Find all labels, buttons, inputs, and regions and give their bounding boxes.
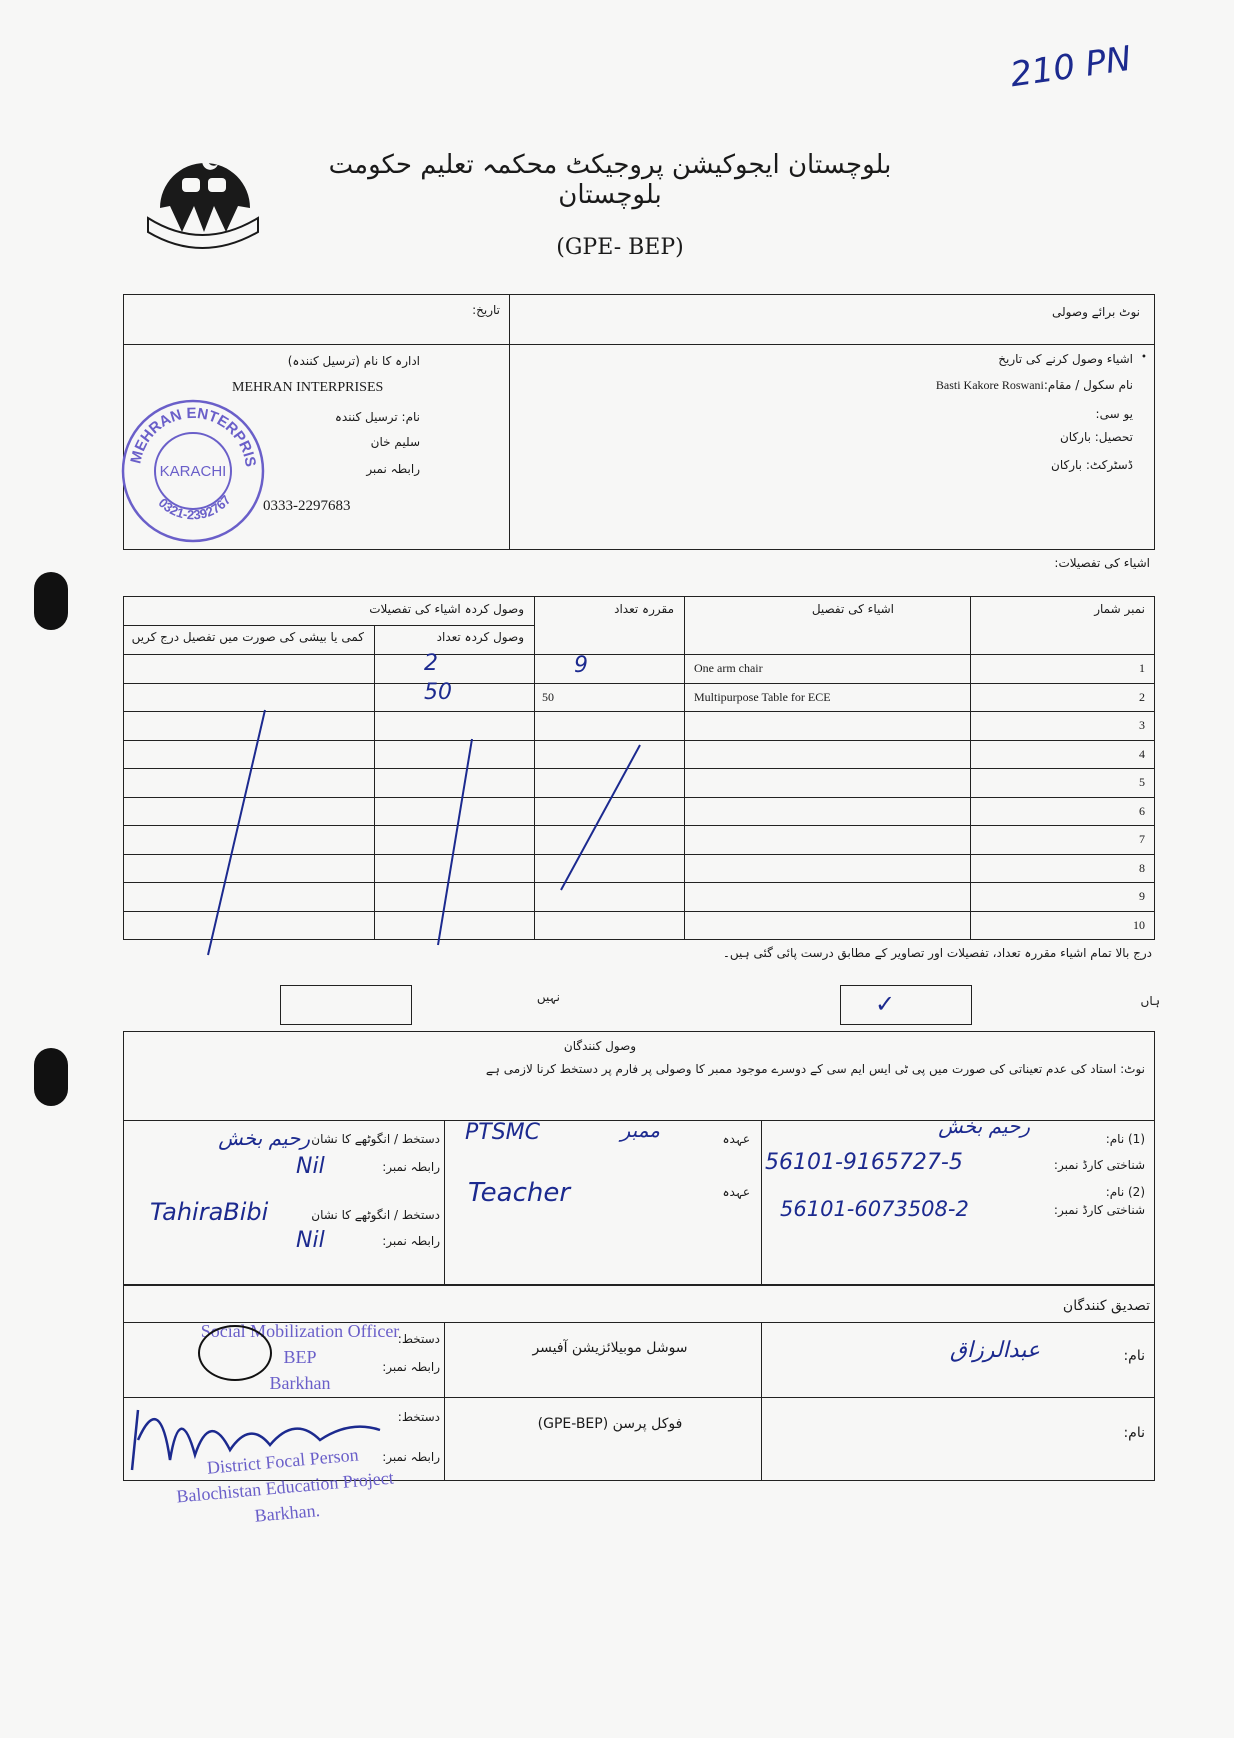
district-field: ڈسٹرکٹ: بارکان	[515, 458, 1133, 472]
table-rule	[123, 797, 1155, 798]
row-fixed-qty: 9	[574, 653, 634, 678]
supplier-name-value: سلیم خان	[300, 435, 420, 449]
header-fixed-qty: مقررہ تعداد	[538, 602, 674, 616]
tehsil-field: تحصیل: بارکان	[515, 430, 1133, 444]
bullet-dot: •	[1141, 352, 1147, 363]
svg-text:MEHRAN ENTERPRISES: MEHRAN ENTERPRISES	[118, 396, 259, 468]
company-stamp: MEHRAN ENTERPRISES 0321-2392767 KARACHI	[118, 396, 268, 546]
no-label: نہیں	[520, 990, 560, 1004]
svg-text:KARACHI: KARACHI	[160, 463, 227, 480]
sign2-value: TahiraBibi	[150, 1198, 268, 1226]
verifier1-name-value: عبدالرزاق	[880, 1338, 1040, 1363]
receivers-title: وصول کنندگان	[500, 1039, 700, 1053]
supplier-org-label: ادارہ کا نام (ترسیل کنندہ)	[130, 354, 420, 368]
row-serial: 5	[974, 775, 1145, 790]
items-section-label: اشیاء کی تفصیلات:	[900, 556, 1150, 570]
stamp-line: Barkhan	[150, 1370, 450, 1396]
contact2-label: رابطہ نمبر:	[340, 1234, 440, 1248]
row-received-qty: 2	[424, 651, 504, 676]
table-rule	[970, 596, 971, 940]
header-received-qty: وصول کردہ تعداد	[378, 630, 524, 644]
row-serial: 9	[974, 889, 1145, 904]
supplier-name-label: نام: ترسیل کنندہ	[300, 410, 420, 424]
no-checkbox[interactable]	[280, 985, 412, 1025]
contact1-label: رابطہ نمبر:	[340, 1160, 440, 1174]
verifier2-name-label: نام:	[1090, 1425, 1145, 1441]
project-code: (GPE- BEP)	[500, 235, 740, 260]
table-rule	[684, 596, 685, 940]
verifier1-name-label: نام:	[1090, 1348, 1145, 1364]
verifier2-role: فوکل پرسن (GPE-BEP)	[470, 1416, 750, 1432]
name1-value: رحیم بخش	[900, 1114, 1030, 1138]
signature-verifier2	[120, 1400, 400, 1480]
table-rule	[374, 625, 375, 940]
sign2-label: دستخط / انگوٹھے کا نشان	[310, 1208, 440, 1222]
table-rule	[123, 654, 1155, 655]
cnic2-label: شناختی کارڈ نمبر:	[980, 1203, 1145, 1217]
verifiers-title: تصدیق کنندگان	[900, 1298, 1150, 1314]
table-rule	[123, 882, 1155, 883]
school-field: نام سکول / مقام:Basti Kakore Roswani	[515, 378, 1133, 393]
page-title-urdu: بلوچستان ایجوکیشن پروجیکٹ محکمہ تعلیم حک…	[310, 150, 910, 210]
punch-hole	[34, 572, 68, 630]
signature-verifier1	[198, 1325, 272, 1381]
row-serial: 8	[974, 861, 1145, 876]
header-shortfall: کمی یا بیشی کی صورت میں تفصیل درج کریں	[127, 630, 364, 644]
receipt-note-label: نوٹ برائے وصولی	[515, 305, 1140, 319]
social-mobilization-stamp: Social Mobilization Officer BEP Barkhan	[150, 1318, 450, 1396]
designation1-value: PTSMC	[465, 1120, 540, 1145]
contact-label: رابطہ نمبر	[300, 462, 420, 476]
verifier1-role: سوشل موبیلائزیشن آفیسر	[470, 1340, 750, 1356]
yes-label: ہاں	[1140, 994, 1160, 1008]
punch-hole	[34, 1048, 68, 1106]
table-rule	[534, 596, 535, 940]
govt-emblem-logo	[142, 140, 264, 250]
row-serial: 10	[974, 918, 1145, 933]
row-received-qty: 50	[424, 680, 504, 705]
name1-label: (1) نام:	[1090, 1132, 1145, 1146]
row-serial: 4	[974, 747, 1145, 762]
designation1-extra: ممبر	[600, 1118, 660, 1142]
contact2-value: Nil	[296, 1228, 325, 1253]
designation2-label: عہدہ	[700, 1185, 750, 1199]
verification-statement: درج بالا تمام اشیاء مقررہ تعداد، تفصیلات…	[500, 946, 1152, 960]
table-rule	[123, 911, 1155, 912]
handwritten-annotation: 210 PN	[1008, 42, 1133, 93]
designation2-value: Teacher	[468, 1178, 570, 1208]
table-rule	[123, 683, 1155, 684]
supplier-org-value: MEHRAN INTERPRISES	[232, 380, 383, 396]
header-description: اشیاء کی تفصیل	[688, 602, 894, 616]
row-fixed-qty: 50	[542, 690, 642, 705]
table-rule	[123, 625, 534, 626]
row-serial: 3	[974, 718, 1145, 733]
sign1-label: دستخط / انگوٹھے کا نشان	[310, 1132, 440, 1146]
table-rule	[123, 768, 1155, 769]
school-label: نام سکول / مقام:	[1044, 378, 1133, 392]
receivers-note: نوٹ: استاد کی عدم تعیناتی کی صورت میں پی…	[400, 1062, 1145, 1076]
uc-label: یو سی:	[515, 407, 1133, 421]
stamp-line: BEP	[150, 1344, 450, 1370]
table-rule	[123, 711, 1155, 712]
date-label: تاریخ:	[130, 303, 500, 317]
header-received-details: وصول کردہ اشیاء کی تفصیلات	[127, 602, 524, 616]
row-serial: 7	[974, 832, 1145, 847]
yes-check-mark: ✓	[875, 990, 895, 1018]
school-value: Basti Kakore Roswani	[936, 378, 1044, 392]
table-rule	[123, 740, 1155, 741]
row-description: Multipurpose Table for ECE	[694, 690, 960, 705]
sign1-value: رحیم بخش	[200, 1126, 310, 1150]
designation1-label: عہدہ	[700, 1132, 750, 1146]
row-serial: 1	[974, 661, 1145, 676]
cnic1-label: شناختی کارڈ نمبر:	[980, 1158, 1145, 1172]
name2-label: (2) نام:	[1090, 1185, 1145, 1199]
stamp-line: Social Mobilization Officer	[150, 1318, 450, 1344]
svg-text:0321-2392767: 0321-2392767	[156, 492, 234, 522]
yes-checkbox[interactable]: ✓	[840, 985, 972, 1025]
cnic2-value: 56101-6073508-2	[780, 1197, 969, 1221]
row-serial: 2	[974, 690, 1145, 705]
table-rule	[123, 825, 1155, 826]
header-serial: نمبر شمار	[974, 602, 1145, 616]
receive-date-label: اشیاء وصول کرنے کی تاریخ	[515, 352, 1133, 366]
cnic1-value: 56101-9165727-5	[765, 1150, 963, 1175]
row-serial: 6	[974, 804, 1145, 819]
table-rule	[123, 854, 1155, 855]
supplier-contact-value: 0333-2297683	[263, 498, 351, 515]
row-description: One arm chair	[694, 661, 960, 676]
contact1-value: Nil	[296, 1154, 325, 1179]
